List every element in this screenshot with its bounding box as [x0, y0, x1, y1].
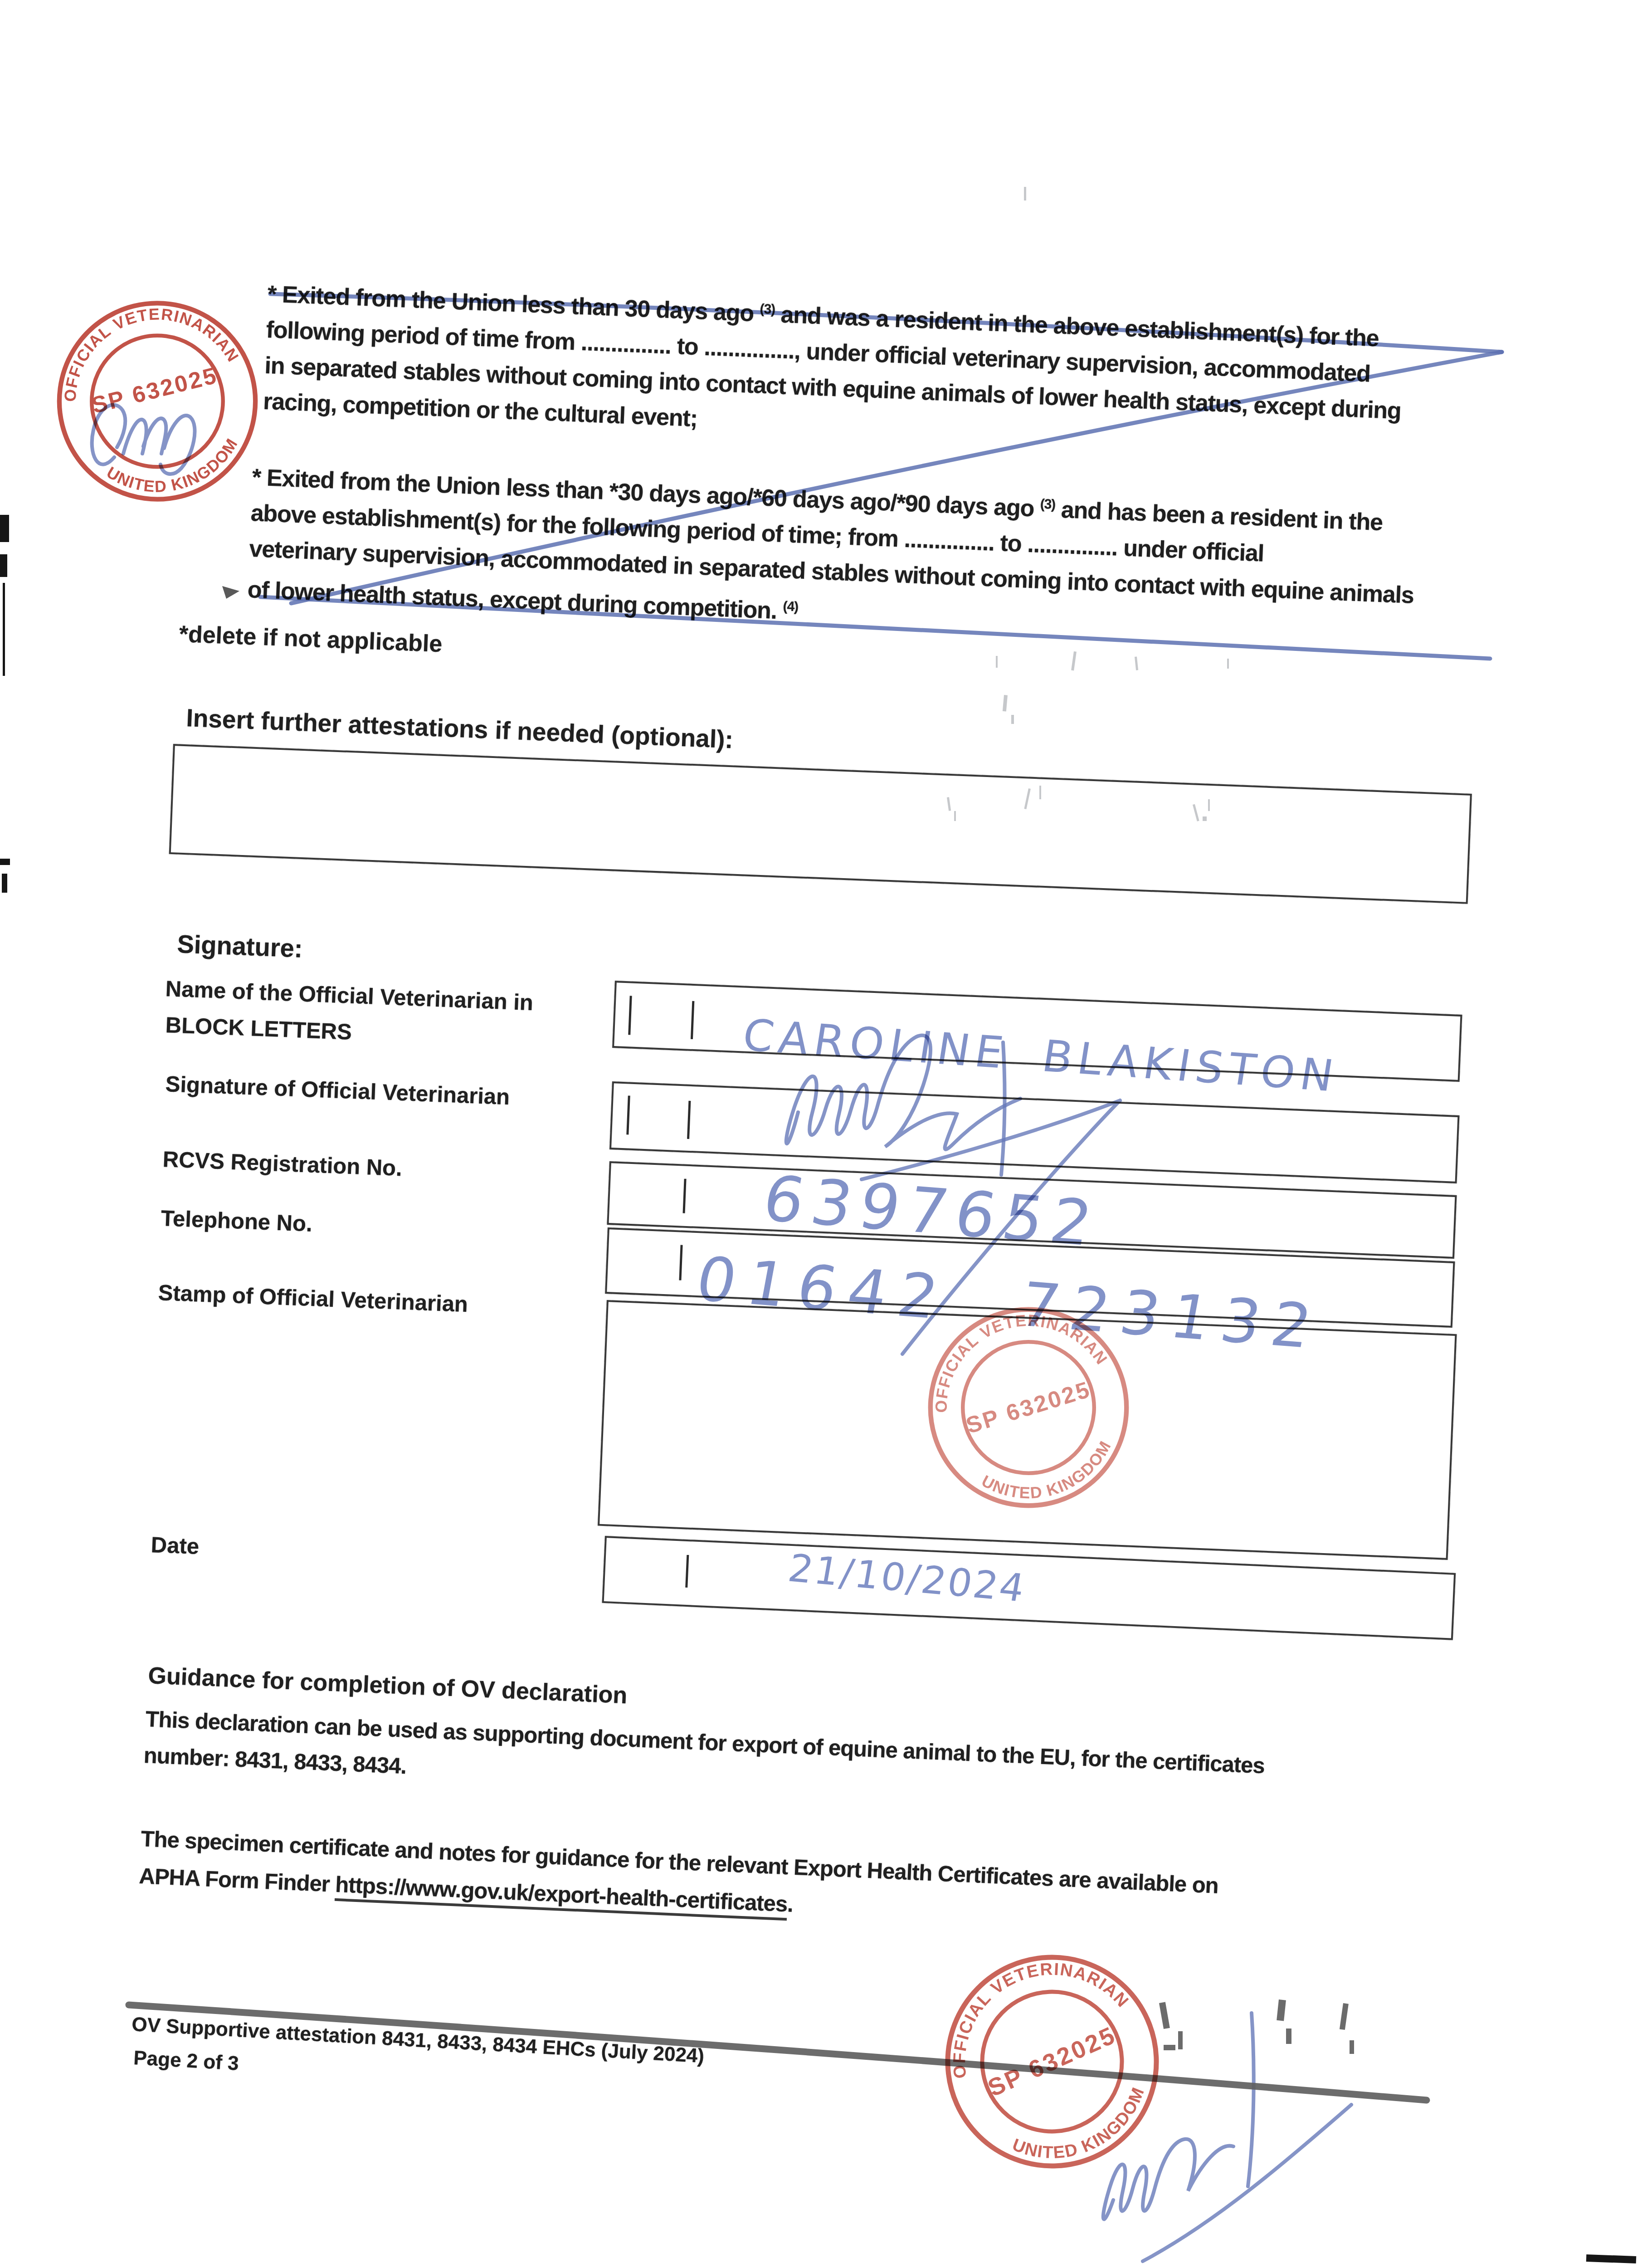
stamp-code-text: SP 632025	[89, 362, 220, 418]
pencil-mark	[1135, 656, 1138, 670]
pencil-mark	[1227, 659, 1229, 669]
footnote-ref: (4)	[783, 599, 799, 615]
pencil-mark	[996, 656, 998, 668]
box-tick	[691, 1001, 694, 1039]
pencil-mark	[1024, 187, 1026, 200]
box-tick	[687, 1101, 691, 1139]
footer-page-number: Page 2 of 3	[133, 2047, 239, 2075]
box-tick	[628, 996, 632, 1035]
ink-speck	[1350, 2040, 1354, 2054]
box-tick	[626, 1095, 630, 1134]
scan-artifact	[1586, 2254, 1636, 2263]
pencil-mark	[1071, 651, 1077, 670]
scan-artifact	[0, 515, 9, 542]
bottom-scrawl-ascender	[1248, 2013, 1254, 2186]
official-veterinarian-stamp-bottom: OFFICIAL VETERINARIAN UNITED KINGDOM SP …	[902, 1912, 1202, 2211]
scan-artifact	[0, 859, 10, 865]
scan-artifact	[2, 874, 7, 893]
attestation-paragraph-2: * Exited from the Union less than *30 da…	[247, 455, 1417, 655]
name-label-line1: Name of the Official Veterinarian in	[165, 976, 534, 1016]
pencil-mark	[1203, 816, 1207, 821]
text-run: .	[787, 1892, 794, 1916]
svg-text:UNITED KINGDOM: UNITED KINGDOM	[1004, 2079, 1162, 2185]
signature-heading: Signature:	[177, 929, 303, 963]
pencil-mark	[1003, 695, 1008, 712]
official-veterinarian-stamp-top: OFFICIAL VETERINARIAN UNITED KINGDOM SP …	[24, 255, 291, 547]
pencil-mark	[1039, 786, 1041, 799]
attestation-paragraph-1: * Exited from the Union less than 30 day…	[263, 271, 1405, 465]
attestation-input-box	[169, 744, 1472, 904]
stamp-code-text: SP 632025	[984, 2021, 1121, 2102]
delete-note: *delete if not applicable	[179, 621, 443, 658]
text-run: APHA Form Finder	[139, 1864, 336, 1897]
pencil-mark	[1011, 715, 1014, 724]
date-label: Date	[151, 1532, 200, 1559]
guidance-heading: Guidance for completion of OV declaratio…	[147, 1662, 628, 1709]
rcvs-label: RCVS Registration No.	[162, 1147, 403, 1181]
ink-chevron-mark	[222, 586, 239, 599]
pencil-mark	[954, 811, 956, 821]
stamp-code-text: SP 632025	[963, 1376, 1094, 1439]
footnote-ref: (3)	[1040, 497, 1056, 512]
ink-speck	[1277, 1999, 1286, 2021]
stamp-arc-bottom-text: UNITED KINGDOM	[1004, 2079, 1162, 2185]
footer-divider-line	[129, 2005, 1427, 2100]
footnote-ref: (3)	[760, 302, 775, 317]
box-tick	[683, 1179, 687, 1213]
export-health-certificates-link: https://www.gov.uk/export-health-certifi…	[335, 1872, 788, 1921]
ink-speck	[1340, 2003, 1349, 2030]
scan-artifact	[0, 554, 7, 577]
name-label-line2: BLOCK LETTERS	[165, 1012, 352, 1045]
guidance-paragraph1-line2: number: 8431, 8433, 8434.	[143, 1743, 407, 1779]
ink-speck	[1286, 2028, 1291, 2044]
signature-label: Signature of Official Veterinarian	[165, 1071, 510, 1110]
stamp-label: Stamp of Official Veterinarian	[158, 1280, 468, 1317]
pencil-mark	[1208, 799, 1210, 811]
scan-artifact	[3, 583, 5, 676]
ink-speck	[1178, 2031, 1183, 2049]
box-tick	[685, 1555, 689, 1588]
telephone-label: Telephone No.	[161, 1206, 313, 1237]
scanned-document-page: * Exited from the Union less than 30 day…	[0, 0, 1647, 2268]
ink-speck	[1159, 2002, 1170, 2029]
insert-attestations-heading: Insert further attestations if needed (o…	[185, 703, 734, 754]
box-tick	[679, 1245, 682, 1280]
